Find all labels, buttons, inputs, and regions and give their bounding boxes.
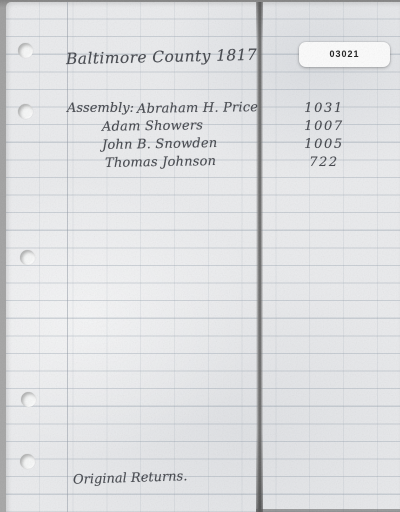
vote-count: 1007 xyxy=(301,119,347,134)
candidate-name: Thomas Johnson xyxy=(105,154,216,171)
page-fold-shadow-gradient xyxy=(256,2,263,512)
vote-count: 1031 xyxy=(301,101,347,116)
vote-count: 1005 xyxy=(301,137,347,152)
candidate-name: John B. Snowden xyxy=(102,136,218,153)
sticker-number: 03021 xyxy=(299,42,390,67)
punch-hole xyxy=(21,392,36,407)
vote-count: 722 xyxy=(301,155,347,170)
office-label: Assembly: xyxy=(67,101,134,116)
punch-hole xyxy=(18,43,33,58)
margin-rule-line xyxy=(67,2,68,512)
scanned-ledger-page: 03021 Baltimore County 1817 Assembly: Ab… xyxy=(0,0,400,512)
page-title: Baltimore County 1817 xyxy=(66,46,258,68)
punch-hole xyxy=(20,250,35,265)
candidate-name: Adam Showers xyxy=(102,118,203,134)
paper-sheet: 03021 Baltimore County 1817 Assembly: Ab… xyxy=(6,2,400,512)
punch-hole xyxy=(18,104,33,119)
archival-number-sticker: 03021 xyxy=(299,42,390,67)
punch-hole xyxy=(20,454,35,469)
footer-annotation: Original Returns. xyxy=(73,469,188,488)
candidate-name: Abraham H. Price xyxy=(137,100,258,117)
